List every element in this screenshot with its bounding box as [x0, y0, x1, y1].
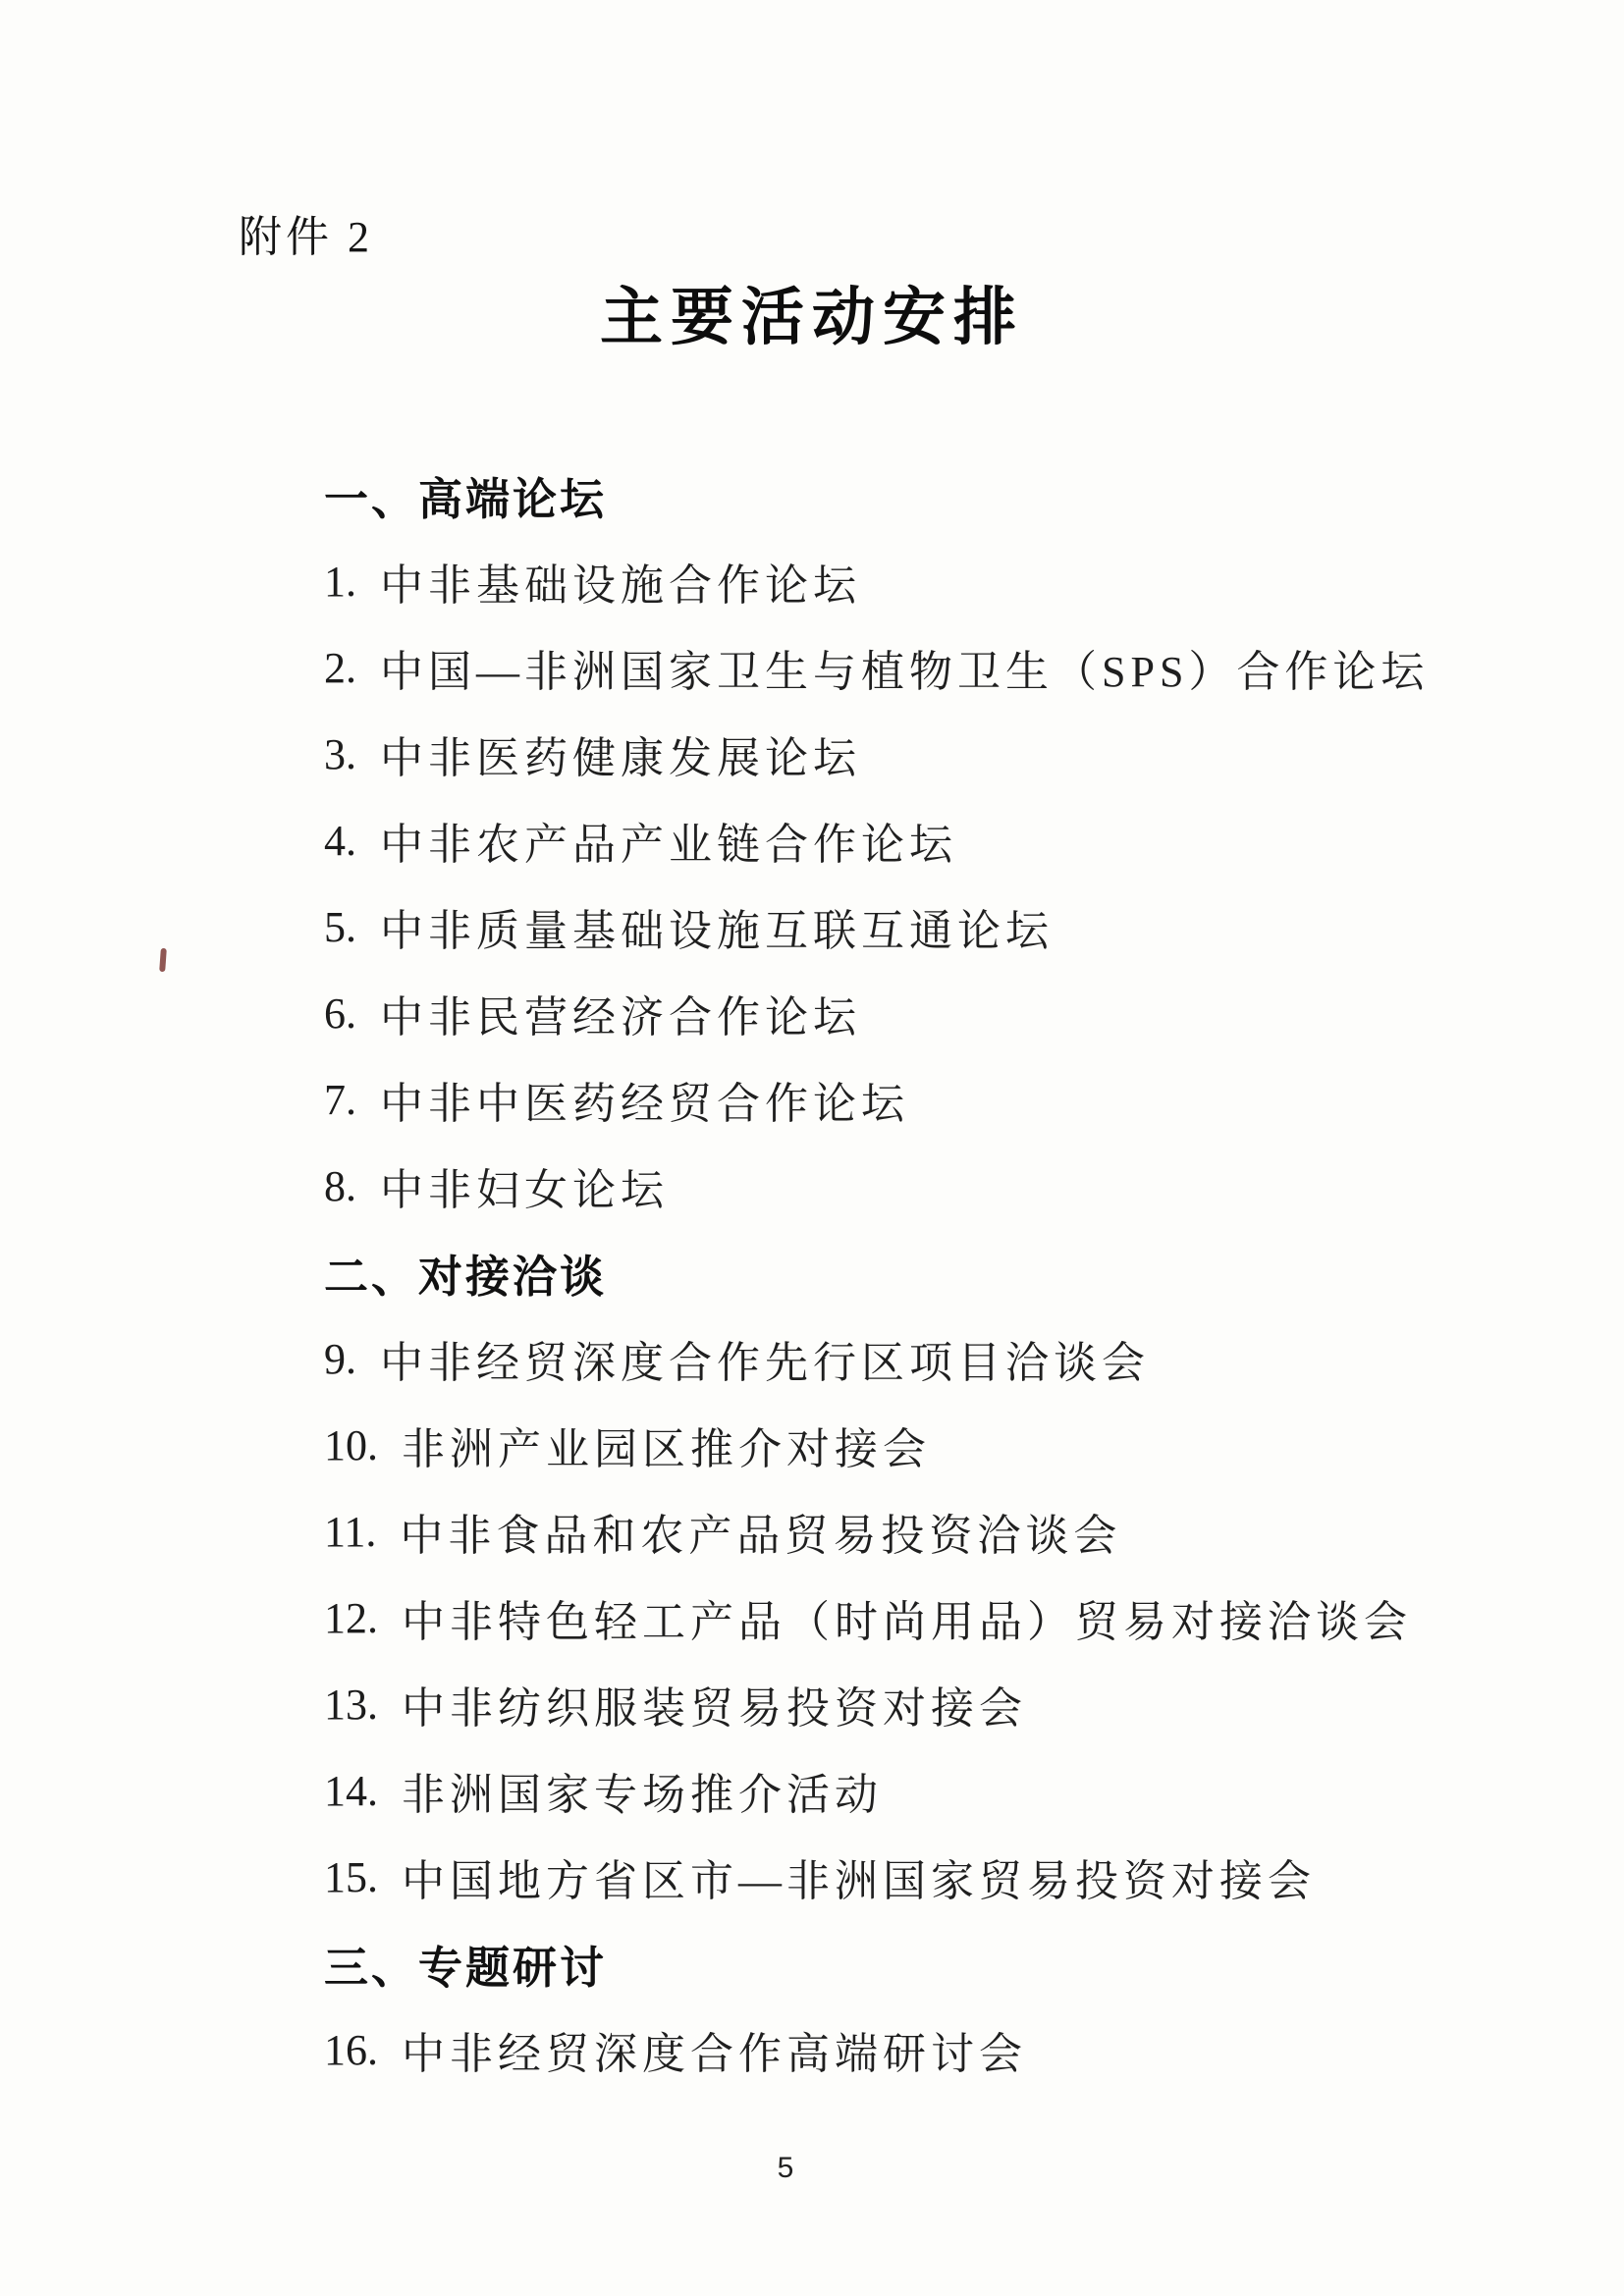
list-item-number: 3.: [324, 729, 356, 779]
section-heading-seminars: 三、专题研讨: [324, 1920, 1506, 2006]
list-item-number: 9.: [324, 1334, 356, 1384]
list-item-label: 中非基础设施合作论坛: [380, 550, 861, 613]
list-item-label: 中非质量基础设施互联互通论坛: [380, 895, 1054, 958]
list-item-number: 10.: [324, 1420, 378, 1470]
list-item: 13. 中非纺织服装贸易投资对接会: [324, 1661, 1506, 1747]
list-item-label: 中非食品和农产品贸易投资洽谈会: [400, 1500, 1121, 1563]
list-item-label: 中非民营经济合作论坛: [380, 982, 861, 1044]
list-item-label: 中国地方省区市—非洲国家贸易投资对接会: [402, 1845, 1316, 1908]
list-item-number: 2.: [324, 643, 356, 693]
list-item-number: 16.: [324, 2025, 378, 2075]
list-item-label: 非洲产业园区推介对接会: [402, 1414, 931, 1476]
page-title: 主要活动安排: [0, 267, 1624, 357]
list-item: 4. 中非农产品产业链合作论坛: [324, 797, 1506, 883]
page-number: 5: [0, 2152, 1571, 2185]
list-item-label: 中非中医药经贸合作论坛: [380, 1068, 909, 1131]
scan-artifact-mark: [159, 948, 167, 972]
list-item: 11. 中非食品和农产品贸易投资洽谈会: [324, 1488, 1506, 1575]
list-item-label: 中非经贸深度合作先行区项目洽谈会: [380, 1327, 1150, 1390]
list-item-label: 中非特色轻工产品（时尚用品）贸易对接洽谈会: [402, 1586, 1412, 1649]
attachment-label: 附件 2: [239, 201, 373, 264]
list-item-number: 1.: [324, 557, 356, 607]
list-item: 12. 中非特色轻工产品（时尚用品）贸易对接洽谈会: [324, 1575, 1506, 1661]
section-heading-label: 一、高端论坛: [324, 463, 607, 527]
list-item-label: 非洲国家专场推介活动: [402, 1759, 883, 1822]
document-page: 附件 2 主要活动安排 一、高端论坛 1. 中非基础设施合作论坛 2. 中国—非…: [0, 0, 1624, 2296]
list-item: 6. 中非民营经济合作论坛: [324, 970, 1506, 1056]
list-item-label: 中非纺织服装贸易投资对接会: [402, 1673, 1027, 1735]
list-item: 7. 中非中医药经贸合作论坛: [324, 1056, 1506, 1143]
list-item: 3. 中非医药健康发展论坛: [324, 711, 1506, 797]
list-item-number: 8.: [324, 1161, 356, 1211]
list-item-number: 13.: [324, 1680, 378, 1730]
section-heading-label: 二、对接洽谈: [324, 1241, 607, 1305]
list-item: 10. 非洲产业园区推介对接会: [324, 1402, 1506, 1488]
list-item-label: 中非医药健康发展论坛: [380, 722, 861, 785]
list-item-number: 6.: [324, 988, 356, 1039]
list-item-label: 中非农产品产业链合作论坛: [380, 809, 957, 872]
list-item: 2. 中国—非洲国家卫生与植物卫生（SPS）合作论坛: [324, 624, 1506, 711]
list-item: 9. 中非经贸深度合作先行区项目洽谈会: [324, 1315, 1506, 1402]
list-item-label: 中国—非洲国家卫生与植物卫生（SPS）合作论坛: [380, 636, 1429, 699]
list-item-number: 7.: [324, 1075, 356, 1125]
list-item: 14. 非洲国家专场推介活动: [324, 1747, 1506, 1834]
section-heading-label: 三、专题研讨: [324, 1932, 607, 1996]
list-item-label: 中非经贸深度合作高端研讨会: [402, 2018, 1027, 2081]
section-heading-forums: 一、高端论坛: [324, 452, 1506, 538]
section-heading-matchmaking: 二、对接洽谈: [324, 1229, 1506, 1315]
list-item-number: 12.: [324, 1593, 378, 1643]
list-item: 8. 中非妇女论坛: [324, 1143, 1506, 1229]
list-item-number: 15.: [324, 1852, 378, 1902]
list-item: 16. 中非经贸深度合作高端研讨会: [324, 2006, 1506, 2093]
list-item: 15. 中国地方省区市—非洲国家贸易投资对接会: [324, 1834, 1506, 1920]
list-item-label: 中非妇女论坛: [380, 1154, 669, 1217]
list-item-number: 11.: [324, 1507, 376, 1557]
list-item-number: 4.: [324, 816, 356, 866]
list-item-number: 5.: [324, 902, 356, 952]
list-item: 1. 中非基础设施合作论坛: [324, 538, 1506, 624]
activity-list: 一、高端论坛 1. 中非基础设施合作论坛 2. 中国—非洲国家卫生与植物卫生（S…: [324, 452, 1506, 2093]
list-item-number: 14.: [324, 1766, 378, 1816]
list-item: 5. 中非质量基础设施互联互通论坛: [324, 883, 1506, 970]
